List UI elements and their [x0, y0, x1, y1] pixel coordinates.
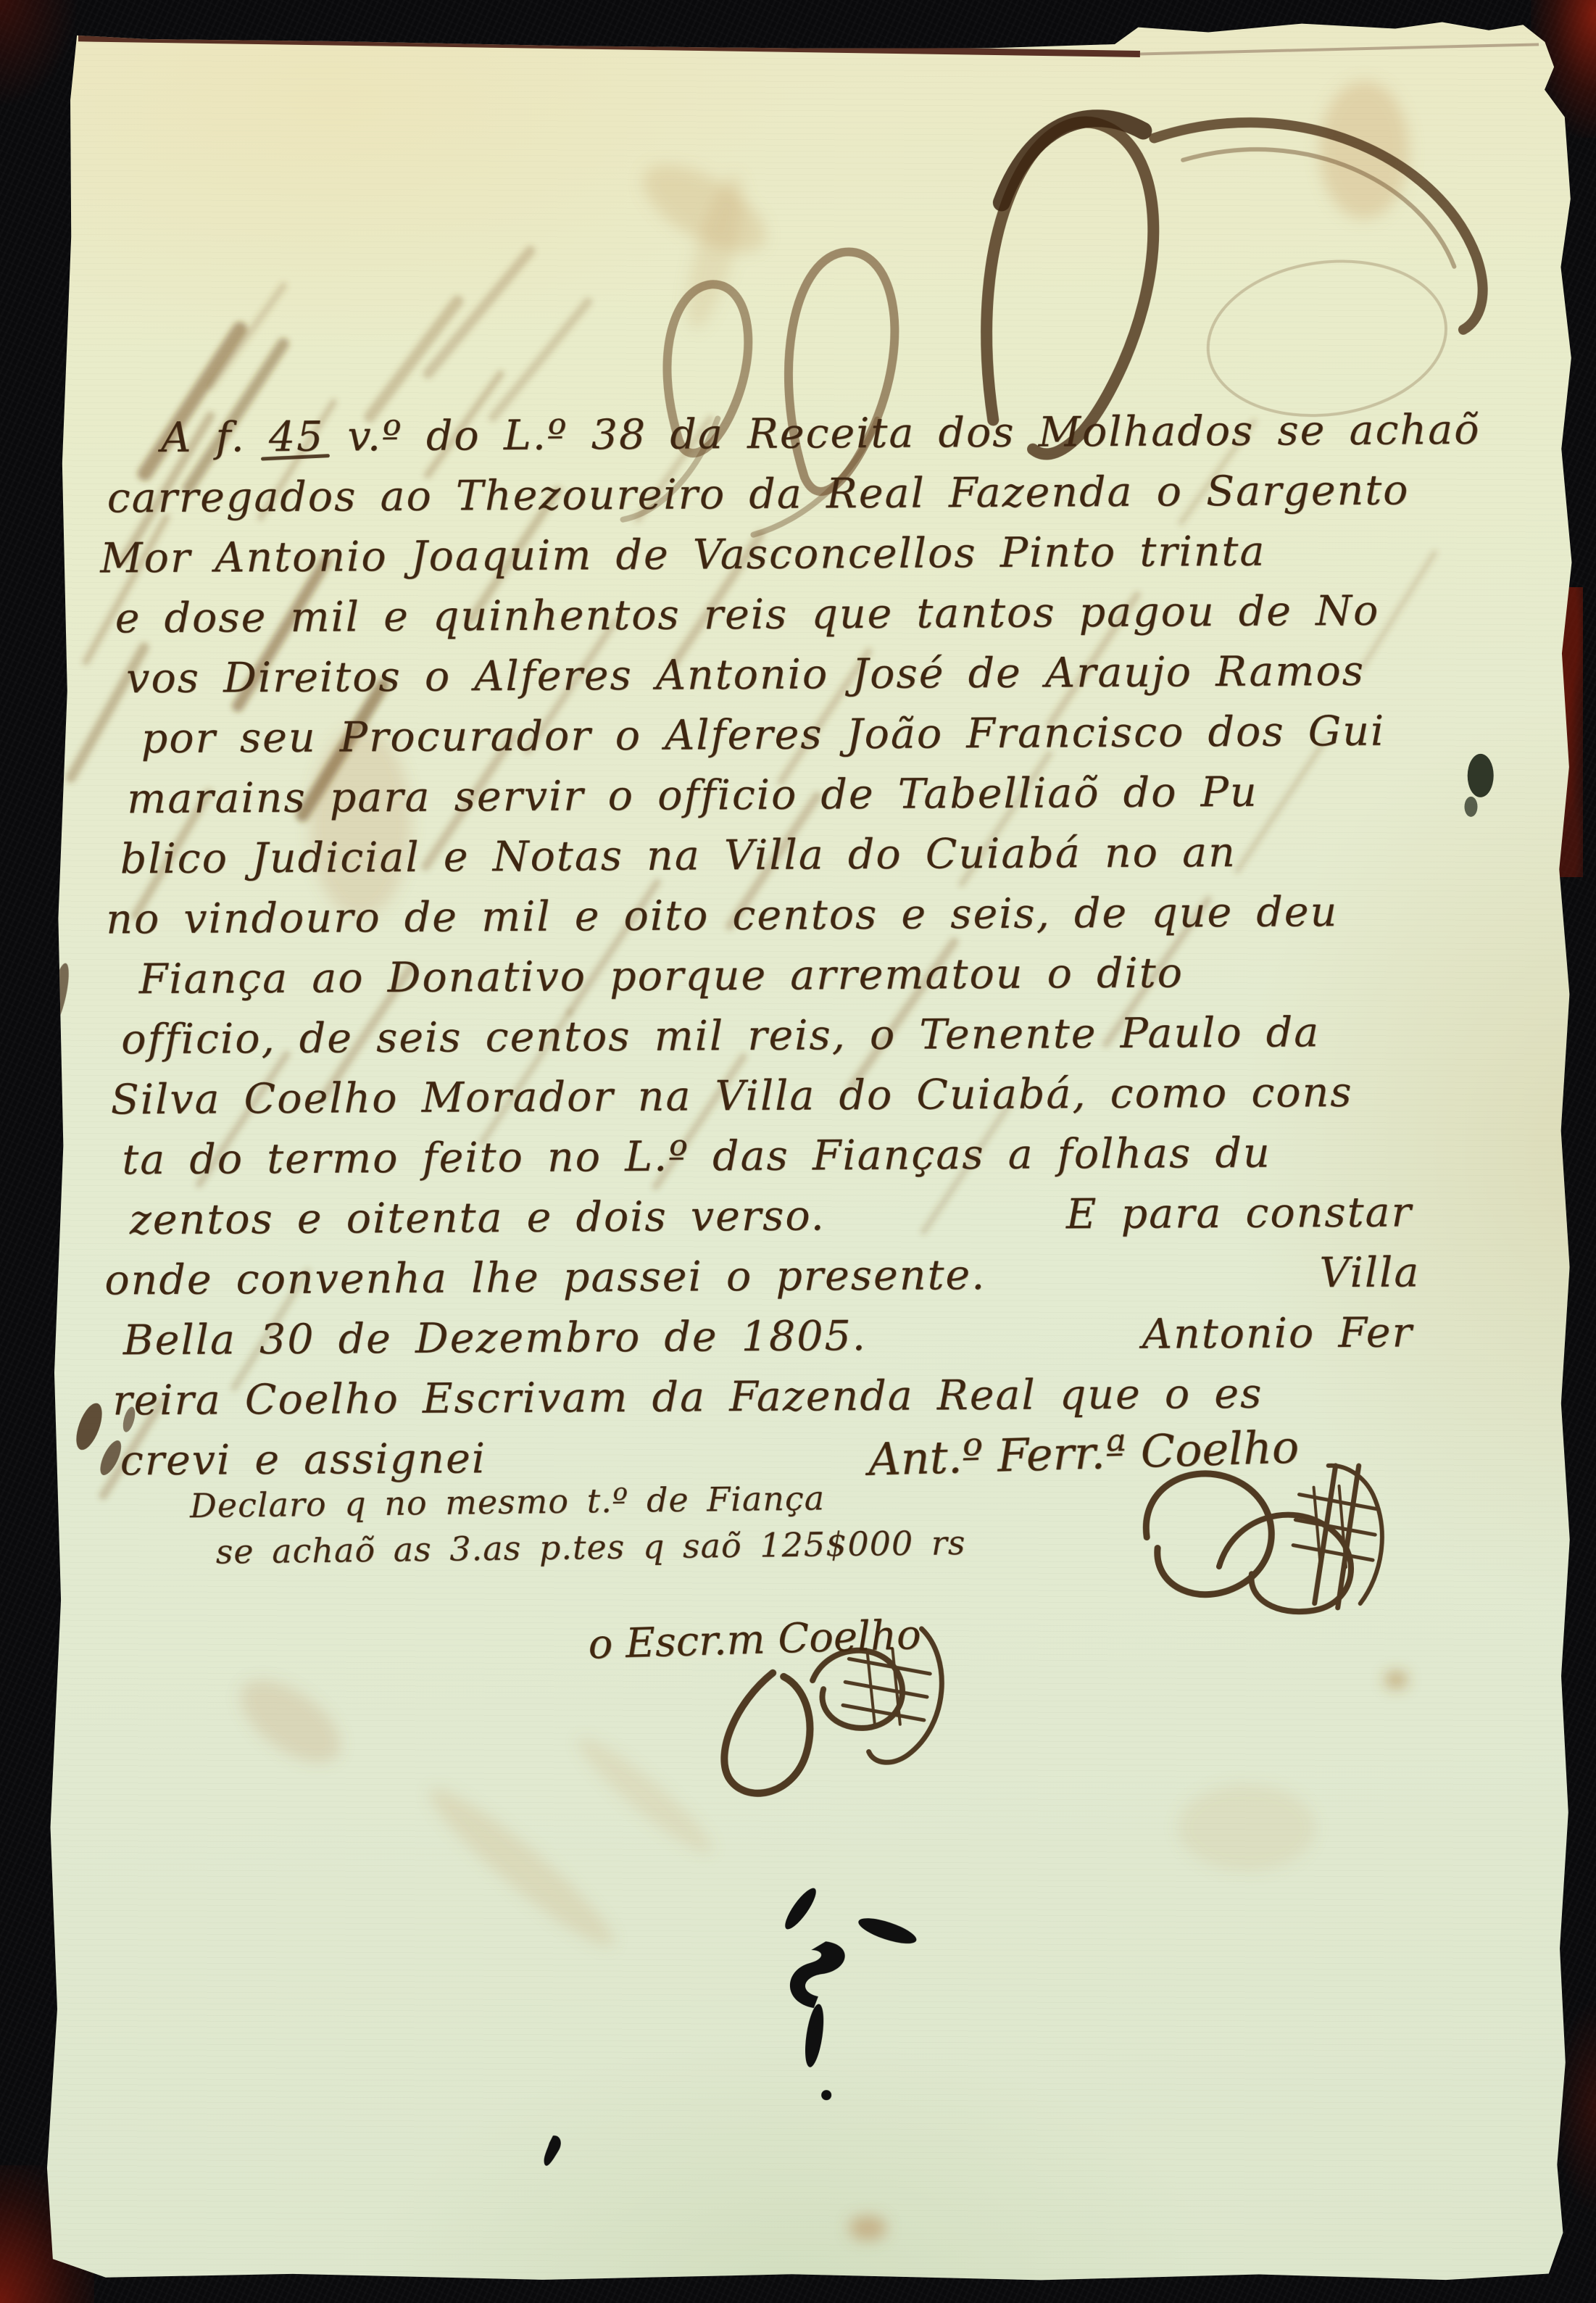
right-edge-dark-spot [1464, 754, 1493, 817]
manuscript-line: reira Coelho Escrivam da Fazenda Real qu… [105, 1363, 1442, 1431]
declaration-block: Declaro q no mesmo t.º de Fiançase achaõ… [190, 1473, 988, 1575]
line-text-right: E para constar [1066, 1182, 1413, 1245]
manuscript-line: blico Judicial e Notas na Villa do Cuiab… [101, 821, 1439, 889]
manuscript-line: Mor Antonio Joaquim de Vasconcellos Pint… [100, 520, 1437, 589]
manuscript-line: por seu Procurador o Alferes João Franci… [101, 701, 1438, 769]
line-text: ta do termo feito no L.º das Fianças a f… [122, 1124, 1271, 1191]
manuscript-line: zentos e oitenta e dois verso.E para con… [104, 1182, 1442, 1250]
signature-rubric-flourish-1 [1146, 1464, 1383, 1611]
manuscript-page: A f. 45 v.º do L.º 38 da Receita dos Mol… [12, 9, 1582, 2289]
manuscript-line: marains para servir o officio de Tabelli… [101, 761, 1439, 829]
line-text: Silva Coelho Morador na Villa do Cuiabá,… [111, 1063, 1353, 1130]
line-text: Mor Antonio Joaquim de Vasconcellos Pint… [100, 522, 1266, 589]
manuscript-text-block: A f. 45 v.º do L.º 38 da Receita dos Mol… [99, 400, 1443, 1491]
line-text: Fiança ao Donativo porque arrematou o di… [138, 943, 1184, 1010]
manuscript-line: vos Direitos o Alferes Antonio José de A… [101, 641, 1438, 709]
line-text: reira Coelho Escrivam da Fazenda Real qu… [112, 1364, 1263, 1432]
line-text: onde convenha lhe passei o presente. [104, 1245, 986, 1311]
line-text: Bella 30 de Dezembro de 1805. [123, 1306, 868, 1371]
line-text-right: Villa [1319, 1242, 1420, 1303]
manuscript-line: carregados ao Thezoureiro da Real Fazend… [99, 460, 1437, 528]
background-shadow-top-left [0, 0, 80, 109]
line-text: marains para servir o officio de Tabelli… [127, 763, 1258, 830]
line-text: no vindouro de mil e oito centos e seis,… [106, 882, 1339, 950]
manuscript-line: no vindouro de mil e oito centos e seis,… [102, 881, 1439, 950]
line-text: carregados ao Thezoureiro da Real Fazend… [107, 460, 1409, 528]
paper-top-edge-shadow [78, 37, 1539, 57]
declaration-line: se achaõ as 3.as p.tes q saõ 125$000 rs [190, 1519, 988, 1575]
manuscript-line: Bella 30 de Dezembro de 1805.Antonio Fer [105, 1303, 1442, 1371]
manuscript-line: e dose mil e quinhentos reis que tantos … [100, 581, 1437, 649]
line-text: por seu Procurador o Alferes João Franci… [141, 702, 1385, 769]
photo-background: A f. 45 v.º do L.º 38 da Receita dos Mol… [0, 0, 1596, 2303]
manuscript-line: onde convenha lhe passei o presente.Vill… [104, 1242, 1442, 1311]
manuscript-line: ta do termo feito no L.º das Fianças a f… [104, 1122, 1441, 1190]
line-text: officio, de seis centos mil reis, o Tene… [121, 1003, 1320, 1070]
line-text: vos Direitos o Alferes Antonio José de A… [126, 642, 1365, 709]
signature-escrivao-coelho: o Escr.m Coelho [588, 1611, 922, 1669]
line-text: A f. 45 v.º do L.º 38 da Receita dos Mol… [161, 400, 1481, 468]
manuscript-line: officio, de seis centos mil reis, o Tene… [103, 1002, 1440, 1070]
manuscript-line: Silva Coelho Morador na Villa do Cuiabá,… [104, 1062, 1441, 1130]
line-text: e dose mil e quinhentos reis que tantos … [115, 581, 1379, 650]
line-text: zentos e oitenta e dois verso. [130, 1186, 826, 1250]
line-text-right: Antonio Fer [1142, 1303, 1413, 1364]
manuscript-line: Fiança ao Donativo porque arrematou o di… [102, 942, 1439, 1010]
line-text: blico Judicial e Notas na Villa do Cuiab… [120, 823, 1237, 889]
